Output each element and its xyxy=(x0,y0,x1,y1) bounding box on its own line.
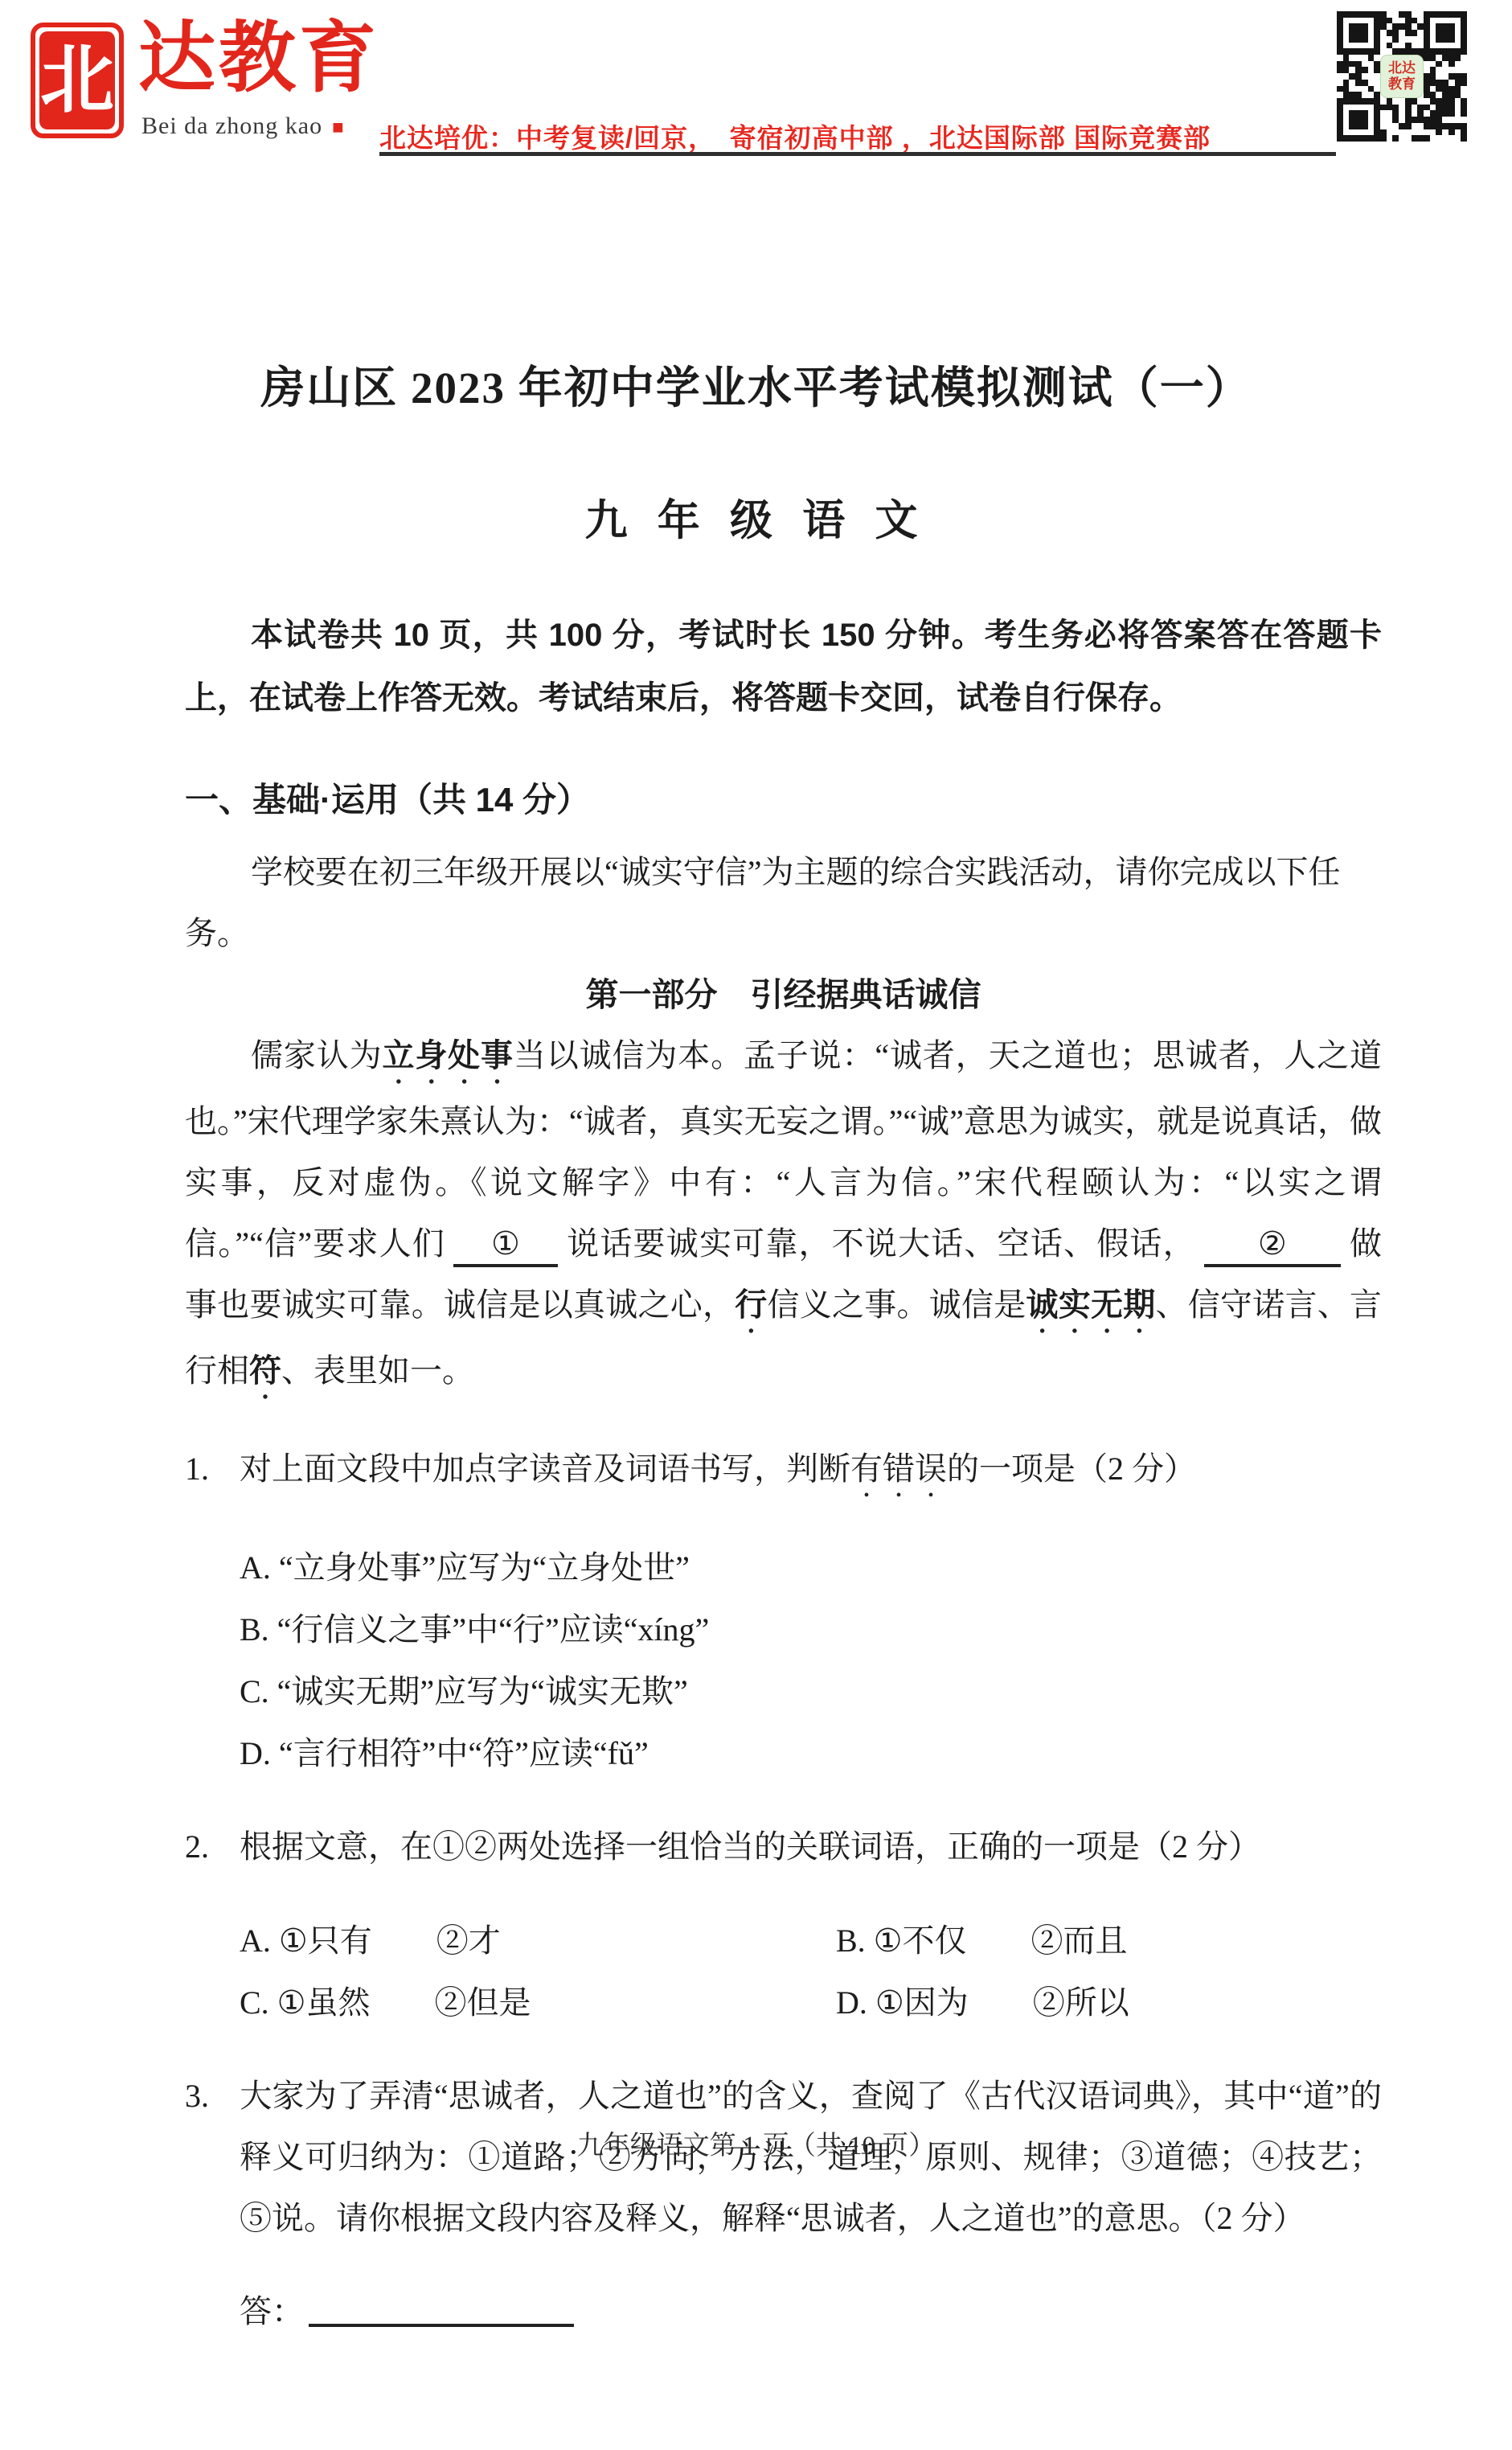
question-1-option-a: A. “立身处事”应写为“立身处世” xyxy=(240,1537,1382,1598)
question-1-option-c: C. “诚实无期”应写为“诚实无欺” xyxy=(240,1660,1382,1722)
logo-seal: 北 xyxy=(31,23,124,138)
part-heading: 第一部分 引经据典话诚信 xyxy=(185,964,1382,1025)
exam-instructions: 本试卷共 10 页，共 100 分，考试时长 150 分钟。考生务必将答案答在答… xyxy=(185,604,1382,729)
text-run: 的一项是（2 分） xyxy=(947,1451,1196,1487)
logo-caption-mark: ■ xyxy=(332,117,345,138)
page-header: 北 达教育 Bei da zhong kao■ 北达培优：中考复读/回京， 寄宿… xyxy=(0,0,1512,161)
text-run: 、表里如一。 xyxy=(281,1352,474,1389)
question-1-option-d: D. “言行相符”中“符”应读“fǔ” xyxy=(240,1722,1382,1784)
exam-subject-title: 九 年 级 语 文 xyxy=(0,486,1512,548)
question-2-option-b: B. ①不仅 ②而且 xyxy=(836,1910,1382,1972)
passage-paragraph: 儒家认为立身处事当以诚信为本。孟子说：“诚者，天之道也；思诚者，人之道也。”宋代… xyxy=(185,1025,1382,1406)
fill-in-blank: ② xyxy=(1204,1225,1341,1267)
exam-body: 本试卷共 10 页，共 100 分，考试时长 150 分钟。考生务必将答案答在答… xyxy=(0,604,1512,2342)
logo-seal-char: 北 xyxy=(39,31,115,129)
header-tagline: 北达培优：中考复读/回京， 寄宿初高中部 ，北达国际部 国际竞赛部 xyxy=(379,117,1211,155)
question-3: 3.大家为了弄清“思诚者，人之道也”的含义，查阅了《古代汉语词典》，其中“道”的… xyxy=(185,2066,1382,2342)
qr-center-label: 北达 教育 xyxy=(1380,55,1424,98)
text-run: 说话要诚实可靠，不说大话、空话、假话， xyxy=(566,1225,1196,1262)
qr-code: 北达 教育 xyxy=(1337,11,1467,142)
exam-page: { "header": { "seal_char": "北", "logo_te… xyxy=(0,0,1512,2450)
answer-label: 答： xyxy=(240,2293,304,2329)
text-run: 行 xyxy=(735,1287,767,1323)
logo-text: 达教育 xyxy=(138,16,379,101)
text-run: 根据文意，在①②两处选择一组恰当的关联词语，正确的一项是（2 分） xyxy=(240,1828,1260,1865)
qr-label-line1: 北达 xyxy=(1388,60,1416,76)
section-heading: 一、基础·运用（共 14 分） xyxy=(185,781,1382,819)
question-2-option-d: D. ①因为 ②所以 xyxy=(836,1972,1382,2033)
text-run: 对上面文段中加点字读音及词语书写，判断 xyxy=(240,1451,850,1487)
answer-blank xyxy=(309,2288,574,2327)
question-2-stem: 2.根据文意，在①②两处选择一组恰当的关联词语，正确的一项是（2 分） xyxy=(185,1816,1382,1878)
question-2-options: A. ①只有 ②才 B. ①不仅 ②而且 C. ①虽然 ②但是 D. ①因为 ②… xyxy=(185,1910,1382,2033)
text-run: 符 xyxy=(249,1352,281,1389)
header-divider xyxy=(379,152,1336,156)
question-1-stem-text: 对上面文段中加点字读音及词语书写，判断有错误的一项是（2 分） xyxy=(240,1451,1196,1487)
fill-in-blank: ① xyxy=(453,1225,558,1267)
question-1-stem: 1.对上面文段中加点字读音及词语书写，判断有错误的一项是（2 分） xyxy=(185,1438,1382,1504)
page-footer: 九年级语文第 1 页（共 10 页） xyxy=(0,2124,1512,2162)
text-run: 诚实无期 xyxy=(1026,1287,1156,1323)
question-2-number: 2. xyxy=(185,1816,240,1878)
question-1: 1.对上面文段中加点字读音及词语书写，判断有错误的一项是（2 分） A. “立身… xyxy=(185,1438,1382,1784)
question-2: 2.根据文意，在①②两处选择一组恰当的关联词语，正确的一项是（2 分） A. ①… xyxy=(185,1816,1382,2033)
qr-label-line2: 教育 xyxy=(1388,76,1416,92)
question-3-answer-line: 答： xyxy=(185,2281,1382,2342)
section-lead: 学校要在初三年级开展以“诚实守信”为主题的综合实践活动，请你完成以下任务。 xyxy=(185,842,1382,964)
logo-caption-text: Bei da zhong kao xyxy=(141,113,322,139)
text-run: 儒家认为 xyxy=(251,1037,382,1073)
question-1-options: A. “立身处事”应写为“立身处世” B. “行信义之事”中“行”应读“xíng… xyxy=(185,1537,1382,1784)
text-run: 有错误 xyxy=(850,1451,947,1487)
question-3-number: 3. xyxy=(185,2066,240,2127)
question-2-stem-text: 根据文意，在①②两处选择一组恰当的关联词语，正确的一项是（2 分） xyxy=(240,1828,1260,1865)
text-run: 立身处事 xyxy=(382,1037,513,1073)
exam-title: 房山区 2023 年初中学业水平考试模拟测试（一） xyxy=(0,352,1512,416)
logo-caption: Bei da zhong kao■ xyxy=(141,113,345,140)
question-1-option-b: B. “行信义之事”中“行”应读“xíng” xyxy=(240,1598,1382,1660)
question-2-option-a: A. ①只有 ②才 xyxy=(240,1910,836,1972)
question-2-option-c: C. ①虽然 ②但是 xyxy=(240,1972,836,2033)
question-1-number: 1. xyxy=(185,1438,240,1500)
text-run: 信义之事。诚信是 xyxy=(768,1287,1026,1323)
